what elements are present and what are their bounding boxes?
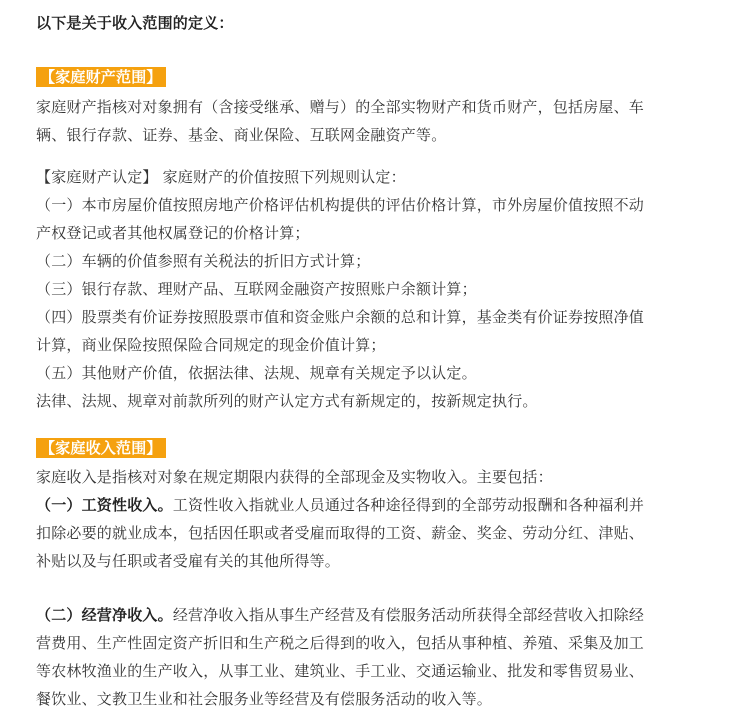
paragraph-line: 产权登记或者其他权属登记的价格计算； [36,222,310,244]
paragraph-line: 家庭财产指核对对象拥有（含接受继承、赠与）的全部实物财产和货币财产，包括房屋、车 [36,96,644,118]
paragraph-line: 计算，商业保险按照保险合同规定的现金价值计算； [36,334,386,356]
paragraph-line: 家庭收入是指核对对象在规定期限内获得的全部现金及实物收入。主要包括： [36,466,553,488]
paragraph-line: （五）其他财产价值，依据法律、法规、规章有关规定予以认定。 [36,362,477,384]
income-item-business: （二）经营净收入。经营净收入指从事生产经营及有偿服务活动所获得全部经营收入扣除经 [36,604,644,626]
paragraph-line: 法律、法规、规章对前款所列的财产认定方式有新规定的，按新规定执行。 [36,390,538,412]
income-item-wages: （一）工资性收入。工资性收入指就业人员通过各种途径得到的全部劳动报酬和各种福利并 [36,494,644,516]
paragraph-line: 营费用、生产性固定资产折旧和生产税之后得到的收入，包括从事种植、养殖、采集及加工 [36,632,644,654]
paragraph-line: 餐饮业、文教卫生业和社会服务业等经营及有偿服务活动的收入等。 [36,688,492,710]
page-title: 以下是关于收入范围的定义： [36,12,234,34]
paragraph-line: （四）股票类有价证券按照股票市值和资金账户余额的总和计算，基金类有价证券按照净值 [36,306,644,328]
section-tag-income-scope: 【家庭收入范围】 [36,437,166,459]
paragraph-line: （二）车辆的价值参照有关税法的折旧方式计算； [36,250,370,272]
paragraph-line: 补贴以及与任职或者受雇有关的其他所得等。 [36,550,340,572]
section-heading-property-assessment: 【家庭财产认定】 家庭财产的价值按照下列规则认定： [36,166,406,188]
paragraph-line: 等农林牧渔业的生产收入，从事工业、建筑业、手工业、交通运输业、批发和零售贸易业、 [36,660,644,682]
paragraph-line: （三）银行存款、理财产品、互联网金融资产按照账户余额计算； [36,278,477,300]
paragraph-line: （一）本市房屋价值按照房地产价格评估机构提供的评估价格计算，市外房屋价值按照不动 [36,194,644,216]
paragraph-line: 辆、银行存款、证券、基金、商业保险、互联网金融资产等。 [36,124,446,146]
paragraph-line: 扣除必要的就业成本，包括因任职或者受雇而取得的工资、薪金、奖金、劳动分红、津贴、 [36,522,644,544]
section-tag-property-scope: 【家庭财产范围】 [36,66,166,88]
